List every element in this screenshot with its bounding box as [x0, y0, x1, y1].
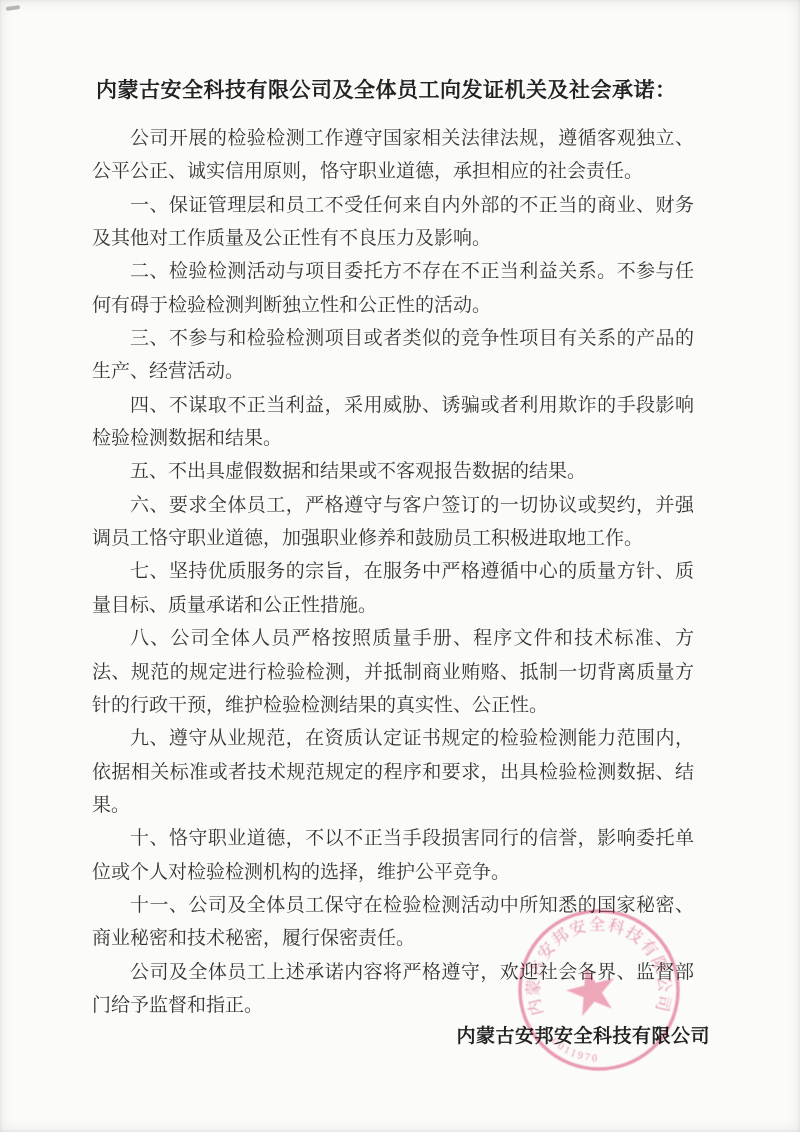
paragraph-item-8: 八、公司全体人员严格按照质量手册、程序文件和技术标准、方法、规范的规定进行检验检… — [92, 622, 694, 722]
document-title: 内蒙古安全科技有限公司及全体员工向发证机关及社会承诺： — [96, 74, 716, 104]
paragraph-item-10: 十、恪守职业道德，不以不正当手段损害同行的信誉，影响委托单位或个人对检验检测机构… — [92, 822, 694, 889]
scan-artifact — [6, 5, 20, 11]
paragraph-item-7: 七、坚持优质服务的宗旨，在服务中严格遵循中心的质量方针、质量目标、质量承诺和公正… — [92, 555, 694, 622]
paragraph-closing: 公司及全体员工上述承诺内容将严格遵守，欢迎社会各界、监督部门给予监督和指正。 — [92, 956, 694, 1023]
paragraph-intro: 公司开展的检验检测工作遵守国家相关法律法规，遵循客观独立、公平公正、诚实信用原则… — [92, 122, 694, 189]
paragraph-item-4: 四、不谋取不正当利益，采用威胁、诱骗或者利用欺诈的手段影响检验检测数据和结果。 — [92, 389, 694, 456]
paragraph-item-5: 五、不出具虚假数据和结果或不客观报告数据的结果。 — [92, 455, 694, 488]
scanned-document-page: 内蒙古安全科技有限公司及全体员工向发证机关及社会承诺： 公司开展的检验检测工作遵… — [0, 0, 800, 1132]
paragraph-item-6: 六、要求全体员工，严格遵守与客户签订的一切协议或契约，并强调员工恪守职业道德，加… — [92, 489, 694, 556]
paragraph-item-9: 九、遵守从业规范，在资质认定证书规定的检验检测能力范围内，依据相关标准或者技术规… — [92, 722, 694, 822]
document-body: 公司开展的检验检测工作遵守国家相关法律法规，遵循客观独立、公平公正、诚实信用原则… — [92, 122, 694, 1022]
paragraph-item-2: 二、检验检测活动与项目委托方不存在不正当利益关系。不参与任何有碍于检验检测判断独… — [92, 255, 694, 322]
company-signature: 内蒙古安邦安全科技有限公司 — [456, 1021, 710, 1048]
paragraph-item-3: 三、不参与和检验检测项目或者类似的竞争性项目有关系的产品的生产、经营活动。 — [92, 322, 694, 389]
paragraph-item-1: 一、保证管理层和员工不受任何来自内外部的不正当的商业、财务及其他对工作质量及公正… — [92, 189, 694, 256]
paragraph-item-11: 十一、公司及全体员工保守在检验检测活动中所知悉的国家秘密、商业秘密和技术秘密，履… — [92, 889, 694, 956]
